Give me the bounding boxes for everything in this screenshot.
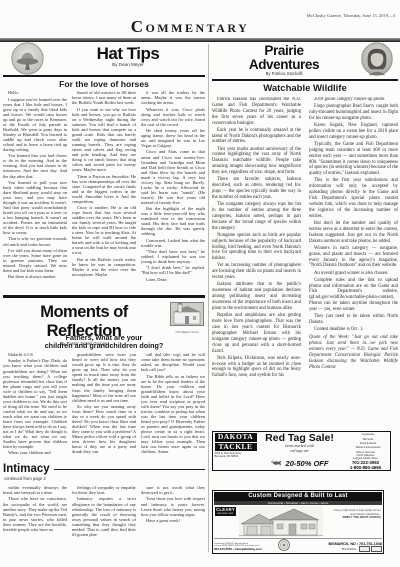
- right-section: Prairie Adventures By Patricia Stockdill: [212, 42, 398, 554]
- dakota-tackle-logo: DAKOTA TACKLE 2301 E. Bismarck Expy Bism…: [215, 433, 257, 468]
- author-portrait: [360, 42, 394, 81]
- dakota-ad-right: Jig HeadsMinnowsRods & ReelsTackle & Acc…: [343, 433, 389, 468]
- discount-text: 20-50% OFF: [286, 459, 329, 468]
- cleary-taglines: Cleary prides itself on high quality ser…: [323, 509, 381, 519]
- cleary-featuring-label: FEATURING:: [342, 548, 357, 551]
- left-section: Hat Tips By Dean Meyer For the love of h…: [3, 42, 205, 543]
- moments-article: Malachi 4:1-6Sunday is Father's Day. Dad…: [3, 352, 205, 458]
- moments-header: Moments of Reflection By Pastor James Gr…: [3, 301, 205, 332]
- dakota-logo-line1: DAKOTA: [215, 433, 257, 442]
- building-illustration: [239, 506, 323, 542]
- dakota-logo-line2: TACKLE: [215, 443, 257, 452]
- cleary-ad: Custom Designed & Built to Last Commerci…: [212, 490, 384, 554]
- moments-rule: [3, 295, 205, 297]
- prairie-byline: By Patricia Stockdill: [212, 71, 356, 76]
- wildlife-col-1: Patrick Isakson has coordinated the N.D.…: [212, 97, 301, 424]
- hat-tips-title: Hat Tips: [51, 45, 205, 62]
- brand-chip-1: [359, 546, 370, 552]
- wildlife-col-2: 2018 goose category runner-up photo.Farg…: [309, 97, 398, 424]
- section-title: Commentary: [0, 17, 380, 37]
- cleary-featuring: FEATURING:: [292, 546, 382, 552]
- masthead-rule: [0, 38, 400, 42]
- cleary-brand-sub: BUILDING CORP.: [215, 513, 236, 516]
- moments-col-1: Malachi 4:1-6Sunday is Father's Day. Dad…: [3, 352, 67, 458]
- intimacy-rule: [54, 469, 205, 470]
- intimacy-col-1: within eventually destroys the bond, one…: [3, 485, 67, 543]
- intimacy-col-2: feelings of sympathy or empathy for thos…: [72, 485, 136, 543]
- cleary-tagline-3: SIMPLY THE RIGHT CHOICE!: [323, 516, 381, 519]
- moments-byline: By Pastor James Gruppe: [3, 341, 165, 346]
- intimacy-continued: continued from page 2: [4, 476, 205, 481]
- dakota-tackle-ad: DAKOTA TACKLE 2301 E. Bismarck Expy Bism…: [212, 431, 391, 471]
- quote-of-the-week: Quote of the Week: "Just go out and take…: [309, 335, 398, 370]
- dakota-sub-line1: items marked with: [259, 444, 341, 448]
- cowboy-hat-photo: [11, 42, 44, 80]
- cleary-contact: Contact us TODAY and ask about various B…: [214, 543, 276, 552]
- intimacy-article: within eventually destroys the bond, one…: [3, 485, 205, 543]
- cleary-location-block: BISMARCK, ND • 701-751-1038 FEATURING:: [292, 542, 382, 552]
- dakota-ad-center: Red Tag Sale! items marked with red tags…: [259, 433, 341, 468]
- red-tag-sale-headline: Red Tag Sale!: [259, 433, 341, 444]
- church-photo-caption: First Baptist Church: [169, 331, 205, 334]
- column-divider: [208, 44, 209, 552]
- cleary-ad-body: CLEARY BUILDING CORP.: [214, 505, 382, 538]
- hat-tips-header: Hat Tips By Dean Meyer: [3, 42, 205, 75]
- church-photo: First Baptist Church: [169, 302, 205, 334]
- prairie-title-line2: Adventures: [212, 58, 356, 72]
- wildlife-article: Patrick Isakson has coordinated the N.D.…: [212, 97, 398, 424]
- horses-col-1: Hello,I suppose you've learned over the …: [3, 90, 67, 293]
- prairie-title-line1: Prairie: [212, 44, 356, 58]
- brand-chip-2: [371, 546, 382, 552]
- horses-article: Hello,I suppose you've learned over the …: [3, 90, 205, 293]
- cleary-phone-web: 800-373-5550 • ClearyBuilding.com: [214, 548, 276, 551]
- intimacy-header: Intimacy: [3, 463, 205, 475]
- horses-col-2: bunch of old warriors to fill their hors…: [72, 90, 136, 293]
- hat-tips-byline: By Dean Meyer: [51, 62, 205, 67]
- horses-col-3: it was all the trailers by the arena. Ma…: [141, 90, 205, 293]
- newspaper-page: McClusky Gazette, Thursday, June 13, 201…: [0, 0, 400, 567]
- horses-headline: For the love of horses: [3, 79, 205, 89]
- cleary-headline: Custom Designed & Built to Last: [214, 492, 382, 501]
- moments-title: Moments of Reflection: [3, 301, 165, 341]
- moments-col-2: grandchildren were born you heard or wer…: [72, 352, 136, 458]
- dakota-product-list: Jig HeadsMinnowsRods & ReelsTackle & Acc…: [343, 433, 389, 449]
- fish-icon: [271, 453, 286, 470]
- dakota-address-line2: Bismarck, ND 58504: [215, 455, 257, 458]
- intimacy-title: Intimacy: [3, 463, 50, 475]
- wildlife-headline: Watchable Wildlife: [212, 83, 398, 94]
- prairie-header: Prairie Adventures By Patricia Stockdill: [212, 42, 398, 79]
- intimacy-col-3: sure is not worth what they destroyed to…: [141, 485, 205, 543]
- moments-col-3: call dad (the cop) and he will come take…: [141, 352, 205, 458]
- wildlife-col-2-paras: 2018 goose category runner-up photo.Farg…: [309, 97, 398, 333]
- cleary-logo: CLEARY BUILDING CORP.: [215, 507, 236, 516]
- dakota-phone-2: 1-800-880-4665: [343, 465, 389, 470]
